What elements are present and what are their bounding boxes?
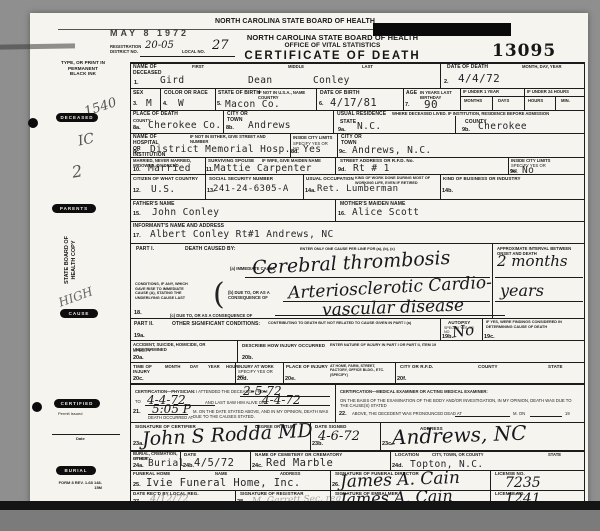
- month-label: MONTH: [165, 364, 180, 369]
- conditions-note: CONDITIONS, IF ANY, WHICH GAVE RISE TO I…: [135, 282, 197, 300]
- residence-city-value: Andrews, N.C.: [352, 145, 432, 156]
- cell-line: [440, 62, 441, 88]
- cell-line: [303, 174, 304, 199]
- burial-date-value: 4/5/72: [194, 457, 234, 469]
- under-1-year-label: IF UNDER 1 YEAR: [463, 89, 521, 94]
- months-label: MONTHS: [464, 98, 482, 103]
- mother-value: Alice Scott: [352, 207, 419, 218]
- permit-issued-label: Permit Issued: [58, 412, 82, 417]
- place-of-injury-label: PLACE OF INJURY: [286, 364, 328, 369]
- item-number: 8a.: [133, 125, 141, 131]
- margin-date-label: Date: [76, 437, 85, 442]
- city-or-rfd-label: CITY OR R.F.D.: [400, 364, 433, 369]
- section-tab-deceased: DECEASED: [56, 113, 98, 122]
- local-no-value: 27: [212, 38, 229, 53]
- form-line-r8: [130, 243, 585, 244]
- item-number: 24a.: [133, 463, 144, 469]
- registration-district-value: 20-05: [145, 40, 174, 51]
- cell-line: [460, 96, 584, 97]
- date-signed-value: 4-6-72: [318, 429, 360, 444]
- surviving-spouse-value: Mattie Carpenter: [214, 163, 312, 174]
- day-label: DAY: [190, 364, 198, 369]
- hospital-inside-city-value: Yes: [303, 144, 321, 155]
- cert-blank-line: [258, 405, 330, 406]
- item-number: 12.: [133, 188, 141, 194]
- cell-line: [205, 174, 206, 199]
- item-number: 14b.: [442, 188, 453, 194]
- hospital-value: District Memorial Hosp.: [150, 144, 291, 155]
- street-address-value: Rt # 1: [353, 163, 390, 174]
- cell-line: [237, 340, 238, 362]
- cell-line: [492, 96, 493, 110]
- usual-residence-label: USUAL RESIDENCE: [337, 111, 386, 117]
- item-number: 9d.: [338, 167, 346, 173]
- item-number: 11.: [206, 167, 213, 173]
- state-of-birth-label: STATE OF BIRTH: [218, 90, 260, 96]
- cell-line: [335, 157, 336, 174]
- section-tab-burial: BURIAL: [56, 466, 96, 475]
- funeral-home-value: Ivie Funeral Home, Inc.: [146, 477, 301, 489]
- margin-date-line: [52, 434, 120, 435]
- cell-line: [460, 88, 461, 110]
- scanned-death-certificate: { "document": { "top_bar_title": "NORTH …: [0, 0, 600, 531]
- industry-label: KIND OF BUSINESS OR INDUSTRY: [443, 176, 521, 181]
- under-24-hours-label: IF UNDER 24 HOURS: [527, 89, 582, 94]
- location-sub: CITY, TOWN, OR COUNTY: [432, 452, 484, 457]
- place-of-death-county-value: Cherokee Co.: [148, 120, 221, 131]
- certificate-number: 13095: [492, 41, 556, 61]
- cell-line: [524, 88, 525, 110]
- certifier-address-value: Andrews, NC: [392, 421, 527, 450]
- citizen-value: U.S.: [151, 184, 175, 195]
- item-number: 20f.: [397, 376, 406, 382]
- item-number: 20b.: [242, 355, 253, 361]
- cell-line: [455, 116, 456, 133]
- item-number: 20e.: [285, 376, 296, 382]
- item-number: 25.: [133, 482, 141, 488]
- death-caused-by-label: DEATH CAUSED BY:: [185, 246, 236, 252]
- examiner-text-3: M. ON: [513, 411, 525, 416]
- hole-punch-top: [28, 118, 38, 128]
- father-value: John Conley: [152, 207, 219, 218]
- occupation-value: Ret. Lumberman: [317, 184, 398, 194]
- hospital-sub: IF NOT IN EITHER, GIVE STREET AND NUMBER: [190, 134, 280, 144]
- cell-line: [492, 243, 493, 318]
- race-label: COLOR OR RACE: [164, 90, 208, 96]
- item-number: 9a.: [338, 127, 346, 133]
- print-note: TYPE, OR PRINT IN PERMANENT BLACK INK: [60, 60, 106, 77]
- place-of-death-label: PLACE OF DEATH: [133, 111, 178, 117]
- section-tab-cause: CAUSE: [60, 309, 98, 318]
- item-number: 9e.: [510, 169, 518, 175]
- item-number: 14a.: [305, 188, 316, 194]
- age-label: AGE: [406, 90, 417, 96]
- cell-line: [333, 110, 334, 133]
- item-number: 1.: [134, 80, 139, 86]
- usual-residence-sub: WHERE DECEASED LIVED. IF INSTITUTION, RE…: [392, 111, 582, 116]
- examiner-text-4: 19: [565, 411, 570, 416]
- autopsy-value: No: [451, 321, 475, 342]
- due-to-b-label: (b) DUE TO, OR AS A CONSEQUENCE OF: [228, 290, 288, 300]
- min-label: MIN.: [561, 98, 570, 103]
- item-number: 22.: [339, 411, 347, 417]
- cell-line: [490, 470, 491, 490]
- marital-status-value: Married: [148, 163, 191, 174]
- state-of-birth-value: Macon Co.: [225, 99, 280, 110]
- funeral-home-name-label: NAME: [215, 471, 227, 476]
- top-rule: [58, 29, 373, 30]
- cell-line: [440, 174, 441, 199]
- cause-line-c: [275, 315, 505, 316]
- year-label: YEAR: [208, 364, 220, 369]
- form-line-r12: [130, 383, 585, 385]
- item-number: 19c.: [484, 334, 495, 340]
- item-number: 9b.: [462, 127, 470, 133]
- header-office: OFFICE OF VITAL STATISTICS: [240, 42, 425, 50]
- date-of-death-sub: MONTH, DAY, YEAR: [522, 64, 562, 69]
- header-agency: NORTH CAROLINA STATE BOARD OF HEALTH: [240, 33, 425, 42]
- due-to-b-interval-value: years: [500, 281, 544, 300]
- burial-value: Burial: [148, 458, 185, 469]
- describe-injury-label: DESCRIBE HOW INJURY OCCURRED: [242, 343, 325, 348]
- date-of-birth-value: 4/17/81: [330, 97, 377, 109]
- name-first-label: FIRST: [192, 64, 204, 69]
- item-number: 23c.: [382, 441, 393, 447]
- form-line-r14: [130, 450, 585, 452]
- due-to-c-label: (c) DUE TO, OR AS A CONSEQUENCE OF: [170, 313, 280, 318]
- immediate-interval-value: 2 months: [497, 252, 568, 270]
- injury-county-label: COUNTY: [478, 364, 498, 369]
- date-of-birth-label: DATE OF BIRTH: [320, 90, 360, 96]
- informant-value: Albert Conley Rt#1 Andrews, NC: [150, 229, 334, 240]
- occupation-label: USUAL OCCUPATION: [306, 176, 354, 181]
- cert-blank-line: [148, 414, 188, 415]
- item-number: 3.: [133, 101, 138, 107]
- cell-line: [555, 96, 556, 110]
- margin-handwriting-2: IC: [77, 130, 96, 149]
- cemetery-value: Red Marble: [266, 457, 333, 469]
- license1-value: 7235: [505, 475, 541, 491]
- item-number: 19b.: [442, 334, 453, 340]
- citizen-label: CITIZEN OF WHAT COUNTRY: [133, 176, 198, 181]
- hours-label: HOURS: [528, 98, 543, 103]
- item-number: 24d.: [392, 463, 403, 469]
- item-number: 20a.: [133, 355, 144, 361]
- item-number: 18.: [134, 310, 142, 316]
- date-of-death-value: 4/4/72: [458, 72, 500, 85]
- residence-state-label: STATE: [340, 119, 356, 125]
- item-number: 16.: [338, 211, 346, 217]
- findings-label: IF YES, WERE FINDINGS CONSIDERED IN DETE…: [486, 320, 581, 329]
- location-label: LOCATION: [395, 452, 419, 457]
- item-number: 21.: [133, 409, 141, 415]
- section-tab-certified: CERTIFIED: [54, 399, 100, 408]
- location-state-label: STATE: [548, 452, 561, 457]
- cert-blank-line: [455, 416, 510, 417]
- cell-line: [335, 199, 336, 221]
- item-number: 8c.: [133, 149, 141, 155]
- item-number: 9c.: [339, 149, 347, 155]
- describe-injury-sub: ENTER NATURE OF INJURY IN PART I OR PART…: [330, 343, 450, 348]
- scan-black-bar: [0, 501, 600, 510]
- interval-line-b: [495, 301, 583, 302]
- section-tab-parents: PARENTS: [52, 204, 96, 213]
- item-number: 4.: [163, 101, 168, 107]
- item-number: 24b.: [183, 463, 194, 469]
- funeral-home-label: FUNERAL HOME: [133, 471, 170, 476]
- registration-underline: [140, 56, 235, 57]
- funeral-home-addr-label: ADDRESS: [280, 471, 300, 476]
- form-border-right: [584, 62, 585, 505]
- item-number: 26.: [332, 482, 340, 488]
- sex-value: M: [146, 98, 152, 109]
- other-conditions-note: CONTRIBUTING TO DEATH BUT NOT RELATED TO…: [268, 321, 433, 326]
- examiner-text-2: ABOVE, THE DECEDENT WAS PRONOUNCED DEAD …: [352, 411, 462, 416]
- time-of-injury-label: TIME OF INJURY: [133, 364, 159, 375]
- residence-inside-city-value: No: [522, 165, 534, 176]
- item-number: 7.: [405, 102, 410, 108]
- place-of-death-city-value: Andrews: [248, 120, 291, 131]
- item-number: 24c.: [252, 463, 263, 469]
- ssn-label: SOCIAL SECURITY NUMBER: [209, 176, 273, 181]
- part1-label: PART I.: [136, 246, 154, 252]
- item-number: 17.: [133, 233, 141, 239]
- name-middle-value: Dean: [248, 75, 272, 86]
- hour-label: HOUR: [226, 364, 238, 369]
- copy-label: STATE BOARD OF HEALTH COPY: [64, 235, 77, 285]
- sex-label: SEX: [133, 90, 143, 96]
- hospital-inside-city-label: INSIDE CITY LIMITS: [293, 135, 335, 140]
- other-conditions-label: OTHER SIGNIFICANT CONDITIONS:: [172, 321, 260, 327]
- place-of-injury-sub: AT HOME, FARM, STREET, FACTORY, OFFICE B…: [330, 364, 392, 377]
- item-number: 6.: [319, 101, 324, 107]
- form-number-note: FORM 8 REV. 1-68 148-15M: [58, 481, 102, 491]
- item-number: 20d.: [237, 376, 248, 382]
- residence-state-value: N.C.: [357, 121, 381, 132]
- top-bar-title: NORTH CAROLINA STATE BOARD OF HEALTH: [195, 18, 395, 26]
- cert-blank-line: [530, 416, 562, 417]
- form-border-left: [130, 62, 131, 505]
- part2-label: PART II.: [134, 321, 154, 327]
- cell-line: [223, 110, 224, 133]
- age-value: 90: [424, 98, 438, 111]
- item-number: 20c.: [133, 376, 144, 382]
- residence-county-value: Cherokee: [478, 121, 527, 132]
- date-of-death-label: DATE OF DEATH: [447, 64, 488, 70]
- name-last-value: Conley: [313, 75, 350, 86]
- to-text: TO: [135, 399, 141, 404]
- item-number: 10.: [133, 167, 141, 173]
- hole-punch-bottom: [32, 402, 42, 412]
- cell-line: [160, 88, 161, 110]
- race-value: W: [178, 98, 184, 109]
- local-no-label: LOCAL NO.: [182, 49, 205, 54]
- brace-glyph: (: [213, 280, 225, 310]
- cell-line: [335, 383, 336, 422]
- interval-line-a: [495, 277, 583, 278]
- name-last-label: LAST: [362, 64, 373, 69]
- scan-gray-bar: [0, 510, 600, 531]
- received-stamp: MAY 8 1972: [110, 28, 189, 39]
- accident-sub: SPECIFY: [133, 348, 151, 353]
- ssn-value: 241-24-6305-A: [213, 184, 289, 194]
- cell-line: [316, 88, 317, 110]
- opinion-text: M. ON THE DATE STATED ABOVE, AND IN MY O…: [193, 409, 331, 419]
- examiner-header: CERTIFICATION—MEDICAL EXAMINER OR ACTING…: [340, 389, 580, 394]
- days-label: DAYS: [498, 98, 509, 103]
- item-number: 8d.: [291, 149, 299, 155]
- name-first-value: Gird: [160, 75, 184, 86]
- item-number: 8b.: [226, 125, 234, 131]
- name-middle-label: MIDDLE: [288, 64, 304, 69]
- item-number: 2.: [444, 79, 449, 85]
- item-number: 15.: [133, 211, 141, 217]
- injury-state-label: STATE: [548, 364, 563, 369]
- item-number: 5.: [217, 101, 222, 107]
- examiner-text-1: ON THE BASIS OF THE EXAMINATION OF THE B…: [340, 398, 580, 408]
- item-number: 19a.: [134, 333, 145, 339]
